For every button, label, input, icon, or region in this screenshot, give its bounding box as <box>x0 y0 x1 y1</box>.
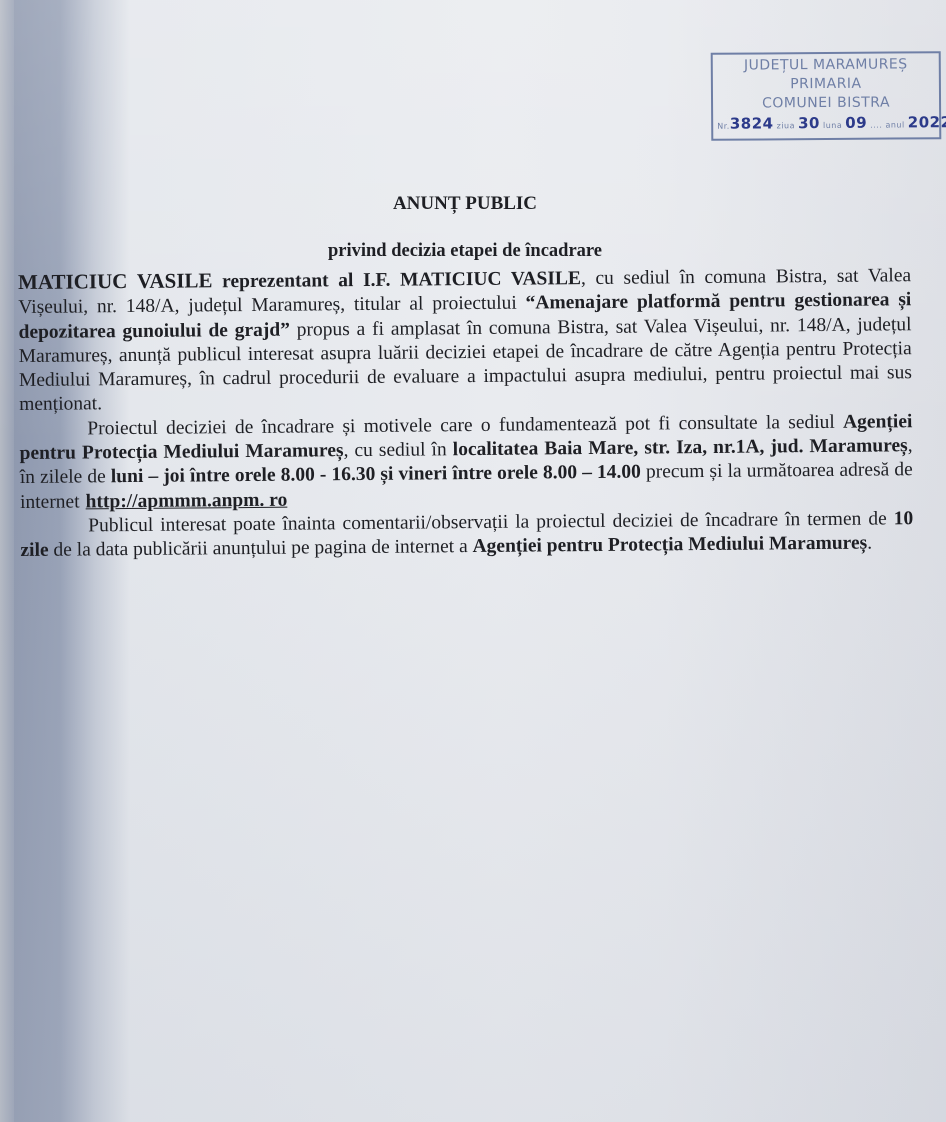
entity-name: I.F. MATICIUC VASILE <box>363 268 581 291</box>
stamp-anul-label: anul <box>885 120 904 129</box>
document-title: ANUNȚ PUBLIC <box>0 193 930 215</box>
agency-website-link[interactable]: http://apmmm.anpm. ro <box>85 489 287 512</box>
paragraph-consultation: Proiectul deciziei de încadrare și motiv… <box>19 410 913 515</box>
office-hours: luni – joi între orele 8.00 - 16.30 și v… <box>111 462 641 488</box>
stamp-registration-row: Nr.3824 ziua 30 luna 09 .... anul 2022 <box>717 113 935 135</box>
stamp-county: JUDEȚUL MARAMUREȘ <box>713 55 939 76</box>
consultation-text-2: , cu sediul în <box>343 439 452 461</box>
document-subtitle: privind decizia etapei de încadrare <box>0 241 930 262</box>
stamp-anul-value: 2022 <box>908 113 946 131</box>
applicant-name: MATICIUC VASILE <box>18 268 213 294</box>
stamp-luna-value: 09 <box>845 114 867 132</box>
stamp-ziua-label: ziua <box>777 121 795 130</box>
document-body: MATICIUC VASILE reprezentant al I.F. MAT… <box>18 262 914 563</box>
page-edge-shadow <box>0 0 14 1122</box>
stamp-luna-label: luna <box>823 121 842 130</box>
stamp-commune: COMUNEI BISTRA <box>713 93 939 114</box>
applicant-role-text: reprezentant al <box>212 270 363 292</box>
stamp-institution: PRIMARIA <box>713 74 939 95</box>
stamp-nr-label: Nr. <box>717 122 730 131</box>
registration-stamp: JUDEȚUL MARAMUREȘ PRIMARIA COMUNEI BISTR… <box>711 51 942 141</box>
stamp-ziua-value: 30 <box>798 114 820 132</box>
comments-text-end: . <box>867 533 872 554</box>
paragraph-comments: Publicul interesat poate înainta comenta… <box>20 507 913 563</box>
comments-text: Publicul interesat poate înainta comenta… <box>88 508 894 536</box>
agency-location: localitatea Baia Mare, str. Iza, nr.1A, … <box>453 435 908 460</box>
consultation-text: Proiectul deciziei de încadrare și motiv… <box>87 412 843 440</box>
paragraph-applicant: MATICIUC VASILE reprezentant al I.F. MAT… <box>18 262 912 418</box>
comments-text-2: de la data publicării anunțului pe pagin… <box>49 536 473 561</box>
agency-name-2: Agenției pentru Protecția Mediului Maram… <box>472 533 867 557</box>
stamp-nr-value: 3824 <box>730 114 774 132</box>
